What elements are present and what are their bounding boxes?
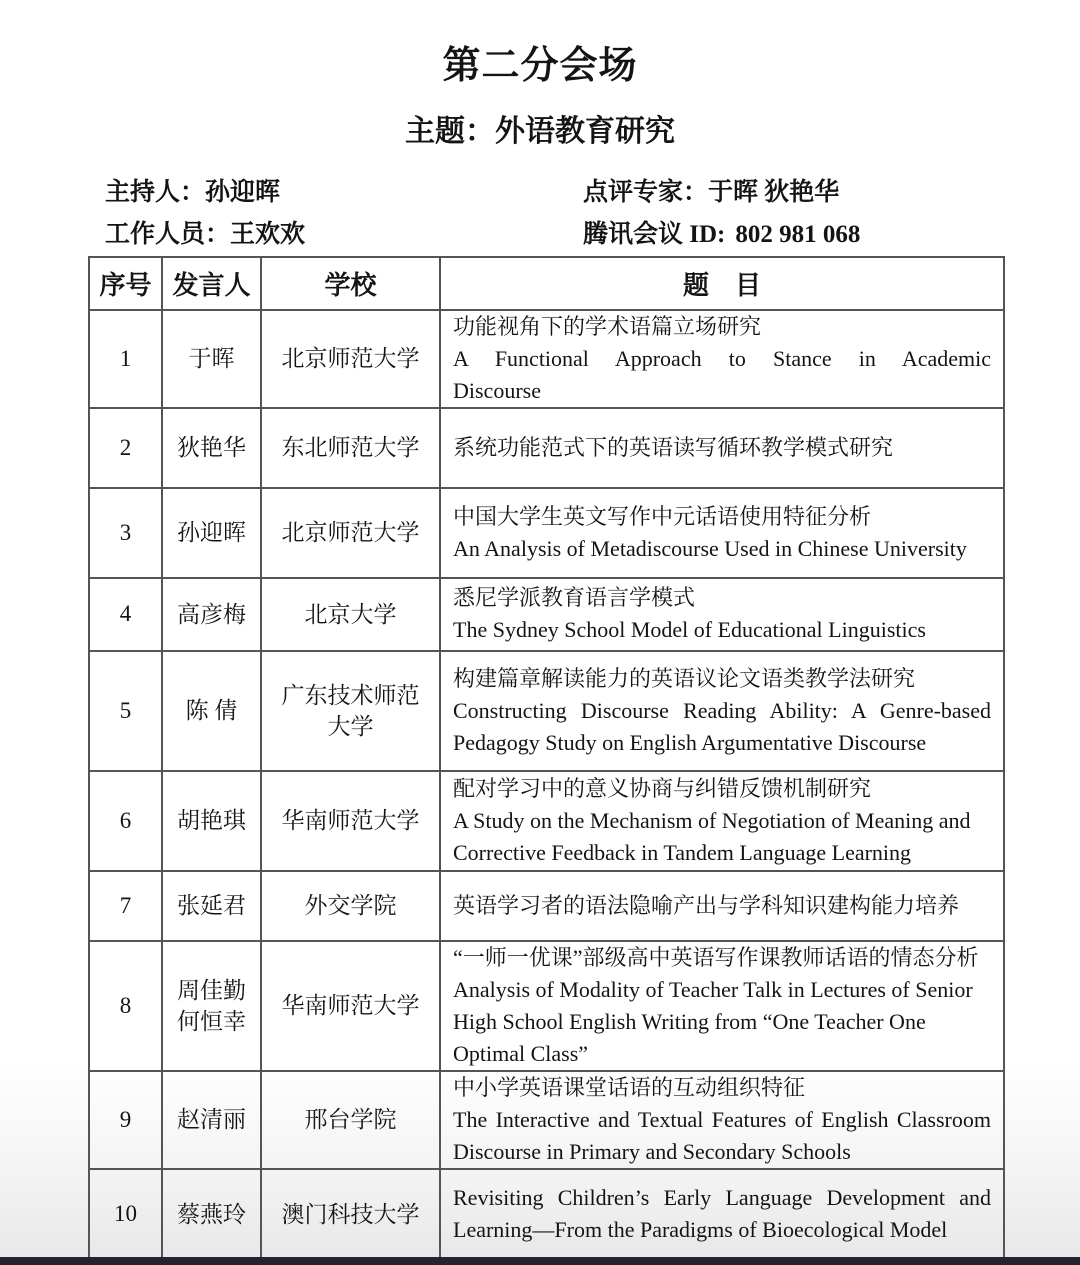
host-line: 主持人：孙迎晖 [88, 178, 583, 208]
session-info: 主持人：孙迎晖 点评专家：于晖 狄艳华 工作人员：王欢欢 腾讯会议 ID:802… [88, 178, 1003, 250]
presentation-title: 系统功能范式下的英语读写循环教学模式研究 [440, 408, 1004, 488]
staff-line: 工作人员：王欢欢 [88, 220, 583, 250]
presentation-title: 功能视角下的学术语篇立场研究A Functional Approach to S… [440, 310, 1004, 408]
table-row: 3孙迎晖北京师范大学中国大学生英文写作中元话语使用特征分析An Analysis… [89, 488, 1004, 578]
speaker-name: 张延君 [162, 871, 261, 941]
school-name: 北京师范大学 [261, 310, 440, 408]
session-title: 第二分会场 [0, 0, 1080, 90]
col-header-no: 序号 [89, 257, 162, 310]
info-row-2: 工作人员：王欢欢 腾讯会议 ID:802 981 068 [88, 220, 1003, 250]
school-name: 北京师范大学 [261, 488, 440, 578]
speaker-name: 孙迎晖 [162, 488, 261, 578]
presentation-title-line: Analysis of Modality of Teacher Talk in … [453, 974, 991, 1006]
school-name-line: 北京师范大学 [262, 343, 439, 374]
speaker-name-line: 蔡燕玲 [163, 1199, 260, 1230]
school-name: 澳门科技大学 [261, 1169, 440, 1260]
reviewers-line: 点评专家：于晖 狄艳华 [583, 178, 839, 208]
speaker-name: 周佳勤何恒幸 [162, 941, 261, 1071]
info-row-1: 主持人：孙迎晖 点评专家：于晖 狄艳华 [88, 178, 1003, 208]
presentation-title-line: A Functional Approach to Stance in Acade… [453, 343, 991, 375]
presentation-title-line: 配对学习中的意义协商与纠错反馈机制研究 [453, 773, 991, 805]
table-row: 6胡艳琪华南师范大学配对学习中的意义协商与纠错反馈机制研究A Study on … [89, 771, 1004, 871]
row-number: 7 [89, 871, 162, 941]
presentation-title: 英语学习者的语法隐喻产出与学科知识建构能力培养 [440, 871, 1004, 941]
presentation-title-line: Discourse [453, 375, 991, 407]
presentation-title-line: Learning—From the Paradigms of Bioecolog… [453, 1214, 991, 1246]
speaker-name-line: 孙迎晖 [163, 517, 260, 548]
presentation-title-line: “一师一优课”部级高中英语写作课教师话语的情态分析 [453, 942, 991, 974]
row-number: 2 [89, 408, 162, 488]
host-name: 孙迎晖 [205, 179, 280, 206]
school-name-line: 邢台学院 [262, 1104, 439, 1135]
table-row: 8周佳勤何恒幸华南师范大学“一师一优课”部级高中英语写作课教师话语的情态分析An… [89, 941, 1004, 1071]
school-name: 外交学院 [261, 871, 440, 941]
presentation-title: Revisiting Children’s Early Language Dev… [440, 1169, 1004, 1260]
row-number: 1 [89, 310, 162, 408]
speaker-name-line: 高彦梅 [163, 599, 260, 630]
speaker-name: 陈 倩 [162, 651, 261, 771]
speaker-name: 赵清丽 [162, 1071, 261, 1169]
schedule-table: 序号 发言人 学校 题 目 1于晖北京师范大学功能视角下的学术语篇立场研究A F… [88, 256, 1005, 1261]
table-row: 10蔡燕玲澳门科技大学Revisiting Children’s Early L… [89, 1169, 1004, 1260]
speaker-name: 高彦梅 [162, 578, 261, 651]
document-page: 第二分会场 主题：外语教育研究 主持人：孙迎晖 点评专家：于晖 狄艳华 工作人员… [0, 0, 1080, 1265]
table-row: 2狄艳华东北师范大学系统功能范式下的英语读写循环教学模式研究 [89, 408, 1004, 488]
presentation-title: 配对学习中的意义协商与纠错反馈机制研究A Study on the Mechan… [440, 771, 1004, 871]
speaker-name-line: 狄艳华 [163, 432, 260, 463]
bottom-edge-bar [0, 1257, 1080, 1265]
presentation-title-line: 系统功能范式下的英语读写循环教学模式研究 [453, 432, 991, 464]
presentation-title: 构建篇章解读能力的英语议论文语类教学法研究Constructing Discou… [440, 651, 1004, 771]
row-number: 9 [89, 1071, 162, 1169]
school-name-line: 东北师范大学 [262, 432, 439, 463]
meeting-id-value: 802 981 068 [735, 221, 860, 248]
presentation-title-line: Constructing Discourse Reading Ability: … [453, 695, 991, 727]
presentation-title-line: An Analysis of Metadiscourse Used in Chi… [453, 533, 991, 565]
presentation-title-line: Pedagogy Study on English Argumentative … [453, 727, 991, 759]
speaker-name: 于晖 [162, 310, 261, 408]
speaker-name-line: 张延君 [163, 890, 260, 921]
presentation-title-line: The Interactive and Textual Features of … [453, 1104, 991, 1136]
school-name: 东北师范大学 [261, 408, 440, 488]
presentation-title-line: High School English Writing from “One Te… [453, 1006, 991, 1038]
presentation-title-line: Revisiting Children’s Early Language Dev… [453, 1182, 991, 1214]
table-row: 5陈 倩广东技术师范大学构建篇章解读能力的英语议论文语类教学法研究Constru… [89, 651, 1004, 771]
school-name-line: 外交学院 [262, 890, 439, 921]
speaker-name-line: 何恒幸 [163, 1006, 260, 1037]
presentation-title-line: Corrective Feedback in Tandem Language L… [453, 837, 991, 869]
row-number: 3 [89, 488, 162, 578]
presentation-title-line: 英语学习者的语法隐喻产出与学科知识建构能力培养 [453, 890, 991, 922]
speaker-name-line: 赵清丽 [163, 1104, 260, 1135]
school-name: 华南师范大学 [261, 771, 440, 871]
school-name-line: 北京师范大学 [262, 517, 439, 548]
row-number: 5 [89, 651, 162, 771]
school-name: 华南师范大学 [261, 941, 440, 1071]
school-name-line: 澳门科技大学 [262, 1199, 439, 1230]
speaker-name-line: 胡艳琪 [163, 805, 260, 836]
table-row: 1于晖北京师范大学功能视角下的学术语篇立场研究A Functional Appr… [89, 310, 1004, 408]
speaker-name: 胡艳琪 [162, 771, 261, 871]
reviewers-names: 于晖 狄艳华 [708, 179, 839, 206]
presentation-title-line: 悉尼学派教育语言学模式 [453, 582, 991, 614]
staff-name: 王欢欢 [230, 221, 305, 248]
presentation-title-line: 构建篇章解读能力的英语议论文语类教学法研究 [453, 663, 991, 695]
presentation-title: 中国大学生英文写作中元话语使用特征分析An Analysis of Metadi… [440, 488, 1004, 578]
school-name: 北京大学 [261, 578, 440, 651]
school-name-line: 华南师范大学 [262, 990, 439, 1021]
presentation-title-line: 中国大学生英文写作中元话语使用特征分析 [453, 501, 991, 533]
table-row: 9赵清丽邢台学院中小学英语课堂话语的互动组织特征The Interactive … [89, 1071, 1004, 1169]
school-name: 邢台学院 [261, 1071, 440, 1169]
school-name-line: 大学 [262, 711, 439, 742]
presentation-title: “一师一优课”部级高中英语写作课教师话语的情态分析Analysis of Mod… [440, 941, 1004, 1071]
table-row: 4高彦梅北京大学悉尼学派教育语言学模式The Sydney School Mod… [89, 578, 1004, 651]
col-header-speaker: 发言人 [162, 257, 261, 310]
row-number: 10 [89, 1169, 162, 1260]
speaker-name: 蔡燕玲 [162, 1169, 261, 1260]
staff-label: 工作人员： [105, 221, 230, 248]
presentation-title-line: Discourse in Primary and Secondary Schoo… [453, 1136, 991, 1168]
meeting-id-label: 腾讯会议 ID: [583, 221, 725, 248]
schedule-table-body: 1于晖北京师范大学功能视角下的学术语篇立场研究A Functional Appr… [89, 310, 1004, 1260]
speaker-name: 狄艳华 [162, 408, 261, 488]
table-header-row: 序号 发言人 学校 题 目 [89, 257, 1004, 310]
host-label: 主持人： [105, 179, 205, 206]
presentation-title-line: The Sydney School Model of Educational L… [453, 614, 991, 646]
row-number: 6 [89, 771, 162, 871]
school-name-line: 广东技术师范 [262, 680, 439, 711]
col-header-school: 学校 [261, 257, 440, 310]
col-header-title: 题 目 [440, 257, 1004, 310]
speaker-name-line: 于晖 [163, 343, 260, 374]
presentation-title-line: A Study on the Mechanism of Negotiation … [453, 805, 991, 837]
school-name-line: 华南师范大学 [262, 805, 439, 836]
speaker-name-line: 陈 倩 [163, 695, 260, 726]
speaker-name-line: 周佳勤 [163, 975, 260, 1006]
school-name: 广东技术师范大学 [261, 651, 440, 771]
presentation-title: 中小学英语课堂话语的互动组织特征The Interactive and Text… [440, 1071, 1004, 1169]
presentation-title-line: 功能视角下的学术语篇立场研究 [453, 311, 991, 343]
presentation-title-line: 中小学英语课堂话语的互动组织特征 [453, 1072, 991, 1104]
session-theme: 主题：外语教育研究 [0, 114, 1080, 150]
table-row: 7张延君外交学院英语学习者的语法隐喻产出与学科知识建构能力培养 [89, 871, 1004, 941]
row-number: 8 [89, 941, 162, 1071]
school-name-line: 北京大学 [262, 599, 439, 630]
presentation-title: 悉尼学派教育语言学模式The Sydney School Model of Ed… [440, 578, 1004, 651]
meeting-id-line: 腾讯会议 ID:802 981 068 [583, 220, 860, 250]
reviewers-label: 点评专家： [583, 179, 708, 206]
presentation-title-line: Optimal Class” [453, 1038, 991, 1070]
row-number: 4 [89, 578, 162, 651]
